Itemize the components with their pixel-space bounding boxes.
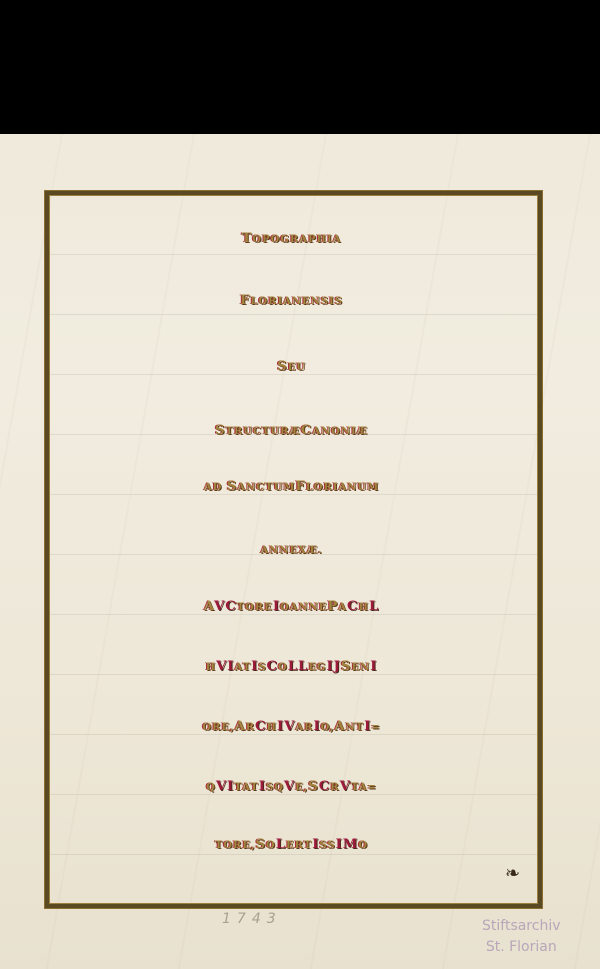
letter-run: OANNE (280, 602, 327, 613)
letter-run: ERT (286, 840, 312, 851)
letter-run: E, (295, 782, 308, 793)
letter-run: O, (321, 722, 335, 733)
letter-run: S (341, 659, 352, 674)
letter-run: EN (351, 662, 370, 673)
letter-run: SS (319, 840, 335, 851)
letter-run: ANNEXÆ. (260, 545, 322, 556)
author-line: ORE,ARCHIVARIO,ANTI= (49, 720, 534, 733)
letter-run: L (276, 837, 286, 852)
letter-run: I (313, 719, 320, 734)
letter-run: O (266, 840, 276, 851)
letter-run: I (273, 599, 280, 614)
letter-run: VI (216, 779, 234, 794)
letter-run: LL (288, 659, 309, 674)
letter-run: TORE (237, 602, 273, 613)
letter-run: C (301, 423, 313, 438)
letter-run: I (259, 779, 266, 794)
author-line: AVCTOREIOANNEPACHL (49, 600, 534, 613)
letter-run: O (278, 662, 288, 673)
letter-run: I (370, 659, 377, 674)
letter-run: S (308, 779, 319, 794)
author-line: TORE,SOLERTISSIMO (49, 838, 534, 851)
letter-run: R (246, 722, 255, 733)
letter-run: S (277, 359, 288, 374)
letter-run: P (327, 599, 338, 614)
letter-run: IV (277, 719, 295, 734)
letter-run: = (371, 722, 380, 733)
title-line: FLORIANENSIS (49, 294, 534, 307)
letter-run: ORE, (202, 722, 234, 733)
letter-run: V (340, 779, 351, 794)
letter-run: C (225, 599, 237, 614)
black-top-band (0, 0, 600, 134)
letter-run: OPOGRAPHIA (252, 234, 341, 245)
letter-run: LORIANENSIS (250, 296, 343, 307)
letter-run: ANONIÆ (312, 426, 368, 437)
letter-run: TA= (351, 782, 377, 793)
title-line: SEU (49, 360, 534, 373)
letter-run: AD (204, 482, 227, 493)
letter-run: H (359, 602, 369, 613)
letter-run: ANCTUM (237, 482, 295, 493)
letter-run: O (358, 840, 368, 851)
letter-run: S (255, 837, 266, 852)
letter-run: V (284, 779, 295, 794)
letter-run: V (214, 599, 225, 614)
letter-run: A (234, 719, 245, 734)
letter-run: L (369, 599, 379, 614)
year-annotation: 1743 (222, 911, 282, 927)
letter-run: VI (216, 659, 234, 674)
letter-run: F (240, 293, 250, 308)
letter-run: H (267, 722, 277, 733)
letter-run: R (330, 782, 339, 793)
letter-run: AR (295, 722, 313, 733)
letter-run: AT (234, 662, 251, 673)
title-line: ANNEXÆ. (49, 546, 534, 556)
stamp-line-1: Stiftsarchiv (482, 916, 561, 937)
letter-run: A (334, 719, 345, 734)
letter-run: S (227, 479, 238, 494)
author-line: QVITATISQVE,SCRVTA= (49, 780, 534, 793)
letter-run: H (206, 662, 216, 673)
letter-run: NT (345, 722, 364, 733)
letter-run: A (338, 602, 347, 613)
title-line: AD SANCTUMFLORIANUM (49, 480, 534, 493)
letter-run: IJ (326, 659, 340, 674)
archive-stamp: Stiftsarchiv St. Florian (482, 916, 561, 958)
title-line: STRUCTURÆCANONIÆ (49, 424, 534, 437)
title-line: TOPOGRAPHIA (49, 232, 534, 245)
letter-run: TRUCTURÆ (226, 426, 301, 437)
flourish-ornament-icon: ❧ (505, 866, 533, 882)
letter-run: C (319, 779, 331, 794)
letter-run: F (295, 479, 305, 494)
letter-run: IM (336, 837, 359, 852)
letter-run: A (204, 599, 214, 614)
letter-run: C (267, 659, 279, 674)
stamp-line-2: St. Florian (482, 937, 561, 958)
letter-run: C (347, 599, 359, 614)
letter-run: S (258, 662, 266, 673)
letter-run: S (215, 423, 226, 438)
letter-run: LORIANUM (306, 482, 379, 493)
letter-run: TAT (234, 782, 259, 793)
letter-run: EG (308, 662, 326, 673)
letter-run: TORE, (215, 840, 256, 851)
letter-run: C (255, 719, 267, 734)
letter-run: SQ (266, 782, 284, 793)
letter-run: Q (206, 782, 216, 793)
author-line: HVIATISCOLLEGIJSENI (49, 660, 534, 673)
letter-run: T (242, 231, 253, 246)
letter-run: EU (288, 362, 306, 373)
